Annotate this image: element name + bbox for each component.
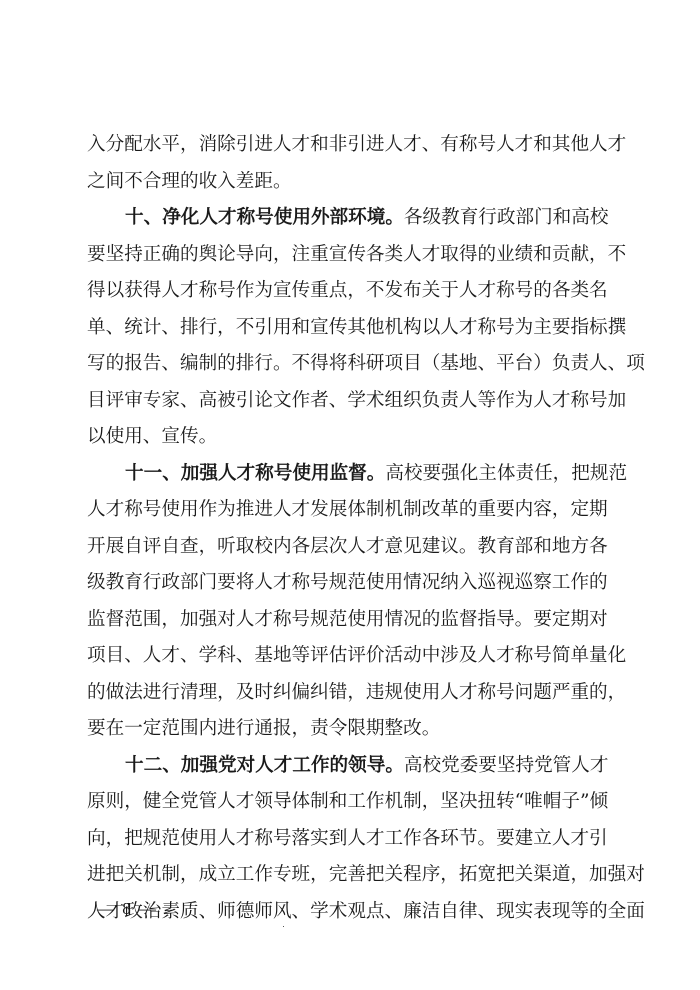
text-line: 向，把规范使用人才称号落实到人才工作各环节。要建立人才引 (87, 821, 595, 858)
text-line: 以使用、宣传。 (87, 419, 595, 456)
text-line: 人才称号使用作为推进人才发展体制机制改革的重要内容，定期 (87, 492, 595, 529)
section-heading: 十二、加强党对人才工作的领导。 (125, 755, 404, 776)
text-line: 之间不合理的收入差距。 (87, 164, 595, 201)
text-line: 写的报告、编制的排行。不得将科研项目（基地、平台）负责人、项 (87, 346, 595, 383)
text-line: 要在一定范围内进行通报，责令限期整改。 (87, 711, 595, 748)
text-line: 开展自评自查，听取校内各层次人才意见建议。教育部和地方各 (87, 529, 595, 566)
page-number: — 8 — (97, 899, 158, 919)
text-line: 进把关机制，成立工作专班，完善把关程序，拓宽把关渠道，加强对 (87, 857, 595, 894)
text-span: 高校要强化主体责任，把规范 (385, 463, 627, 484)
body-text: 入分配水平，消除引进人才和非引进人才、有称号人才和其他人才 之间不合理的收入差距… (87, 127, 595, 930)
text-line: 的做法进行清理，及时纠偏纠错，违规使用人才称号问题严重的， (87, 675, 595, 712)
text-line: 监督范围，加强对人才称号规范使用情况的监督指导。要定期对 (87, 602, 595, 639)
section-ten-line: 十、净化人才称号使用外部环境。各级教育行政部门和高校 (87, 200, 595, 237)
section-eleven-line: 十一、加强人才称号使用监督。高校要强化主体责任，把规范 (87, 456, 595, 493)
text-line: 单、统计、排行，不引用和宣传其他机构以人才称号为主要指标撰 (87, 310, 595, 347)
text-line: 原则，健全党管人才领导体制和工作机制，坚决扭转“唯帽子”倾 (87, 784, 595, 821)
text-line: 要坚持正确的舆论导向，注重宣传各类人才取得的业绩和贡献，不 (87, 237, 595, 274)
text-line: 得以获得人才称号作为宣传重点，不发布关于人才称号的各类名 (87, 273, 595, 310)
text-line: 人才政治素质、师德师风、学术观点、廉洁自律、现实表现等的全面 (87, 894, 595, 931)
text-line: 项目、人才、学科、基地等评估评价活动中涉及人才称号简单量化 (87, 638, 595, 675)
document-page: 入分配水平，消除引进人才和非引进人才、有称号人才和其他人才 之间不合理的收入差距… (0, 0, 700, 990)
section-heading: 十、净化人才称号使用外部环境。 (125, 207, 404, 228)
scan-speck (283, 926, 284, 927)
text-line: 入分配水平，消除引进人才和非引进人才、有称号人才和其他人才 (87, 127, 595, 164)
text-line: 级教育行政部门要将人才称号规范使用情况纳入巡视巡察工作的 (87, 565, 595, 602)
text-span: 高校党委要坚持党管人才 (404, 755, 609, 776)
section-heading: 十一、加强人才称号使用监督。 (125, 463, 385, 484)
text-line: 目评审专家、高被引论文作者、学术组织负责人等作为人才称号加 (87, 383, 595, 420)
text-span: 各级教育行政部门和高校 (404, 207, 609, 228)
section-twelve-line: 十二、加强党对人才工作的领导。高校党委要坚持党管人才 (87, 748, 595, 785)
